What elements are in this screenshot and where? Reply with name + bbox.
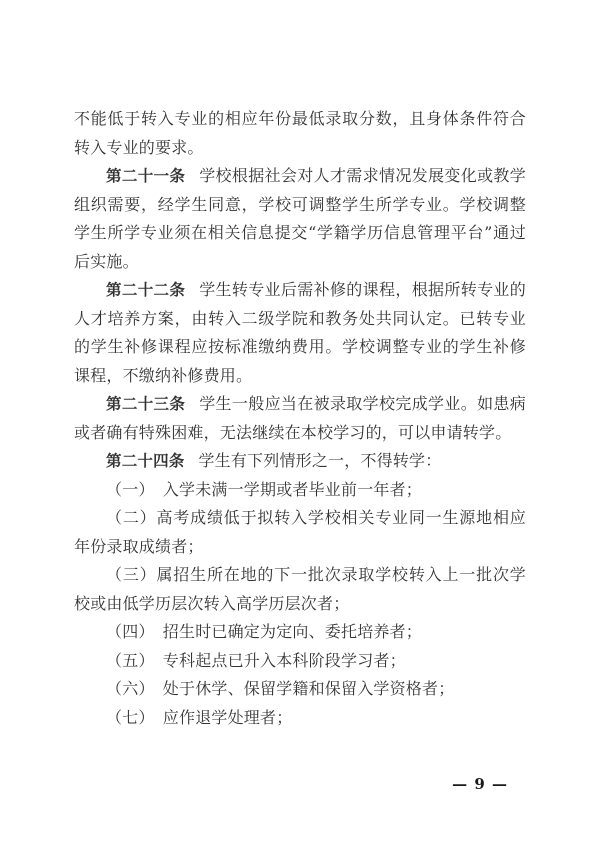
- list-item-3: （三）属招生所在地的下一批次录取学校转入上一批次学校或由低学历层次转入高学历层次…: [74, 561, 526, 618]
- paragraph-continuation: 不能低于转入专业的相应年份最低录取分数，且身体条件符合转入专业的要求。: [74, 105, 526, 162]
- list-item-1: （一） 入学未满一学期或者毕业前一年者；: [74, 476, 526, 505]
- article-22-number: 第二十二条: [106, 281, 185, 299]
- document-page: 不能低于转入专业的相应年份最低录取分数，且身体条件符合转入专业的要求。 第二十一…: [0, 0, 600, 848]
- page-number: — 9 —: [452, 775, 508, 793]
- article-24-number: 第二十四条: [106, 452, 185, 470]
- list-item-6: （六） 处于休学、保留学籍和保留入学资格者；: [74, 675, 526, 704]
- article-23: 第二十三条学生一般应当在被录取学校完成学业。如患病或者确有特殊困难，无法继续在本…: [74, 390, 526, 447]
- list-item-2: （二）高考成绩低于拟转入学校相关专业同一生源地相应年份录取成绩者；: [74, 504, 526, 561]
- document-body: 不能低于转入专业的相应年份最低录取分数，且身体条件符合转入专业的要求。 第二十一…: [74, 105, 526, 732]
- article-24-text: 学生有下列情形之一，不得转学：: [198, 451, 441, 470]
- article-23-number: 第二十三条: [106, 395, 185, 413]
- list-item-7: （七） 应作退学处理者；: [74, 704, 526, 733]
- article-22: 第二十二条学生转专业后需补修的课程，根据所转专业的人才培养方案，由转入二级学院和…: [74, 276, 526, 390]
- article-21: 第二十一条学校根据社会对人才需求情况发展变化或教学组织需要，经学生同意，学校可调…: [74, 162, 526, 276]
- article-24: 第二十四条学生有下列情形之一，不得转学：: [74, 447, 526, 476]
- list-item-4: （四） 招生时已确定为定向、委托培养者；: [74, 618, 526, 647]
- list-item-5: （五） 专科起点已升入本科阶段学习者；: [74, 647, 526, 676]
- article-21-number: 第二十一条: [106, 167, 185, 185]
